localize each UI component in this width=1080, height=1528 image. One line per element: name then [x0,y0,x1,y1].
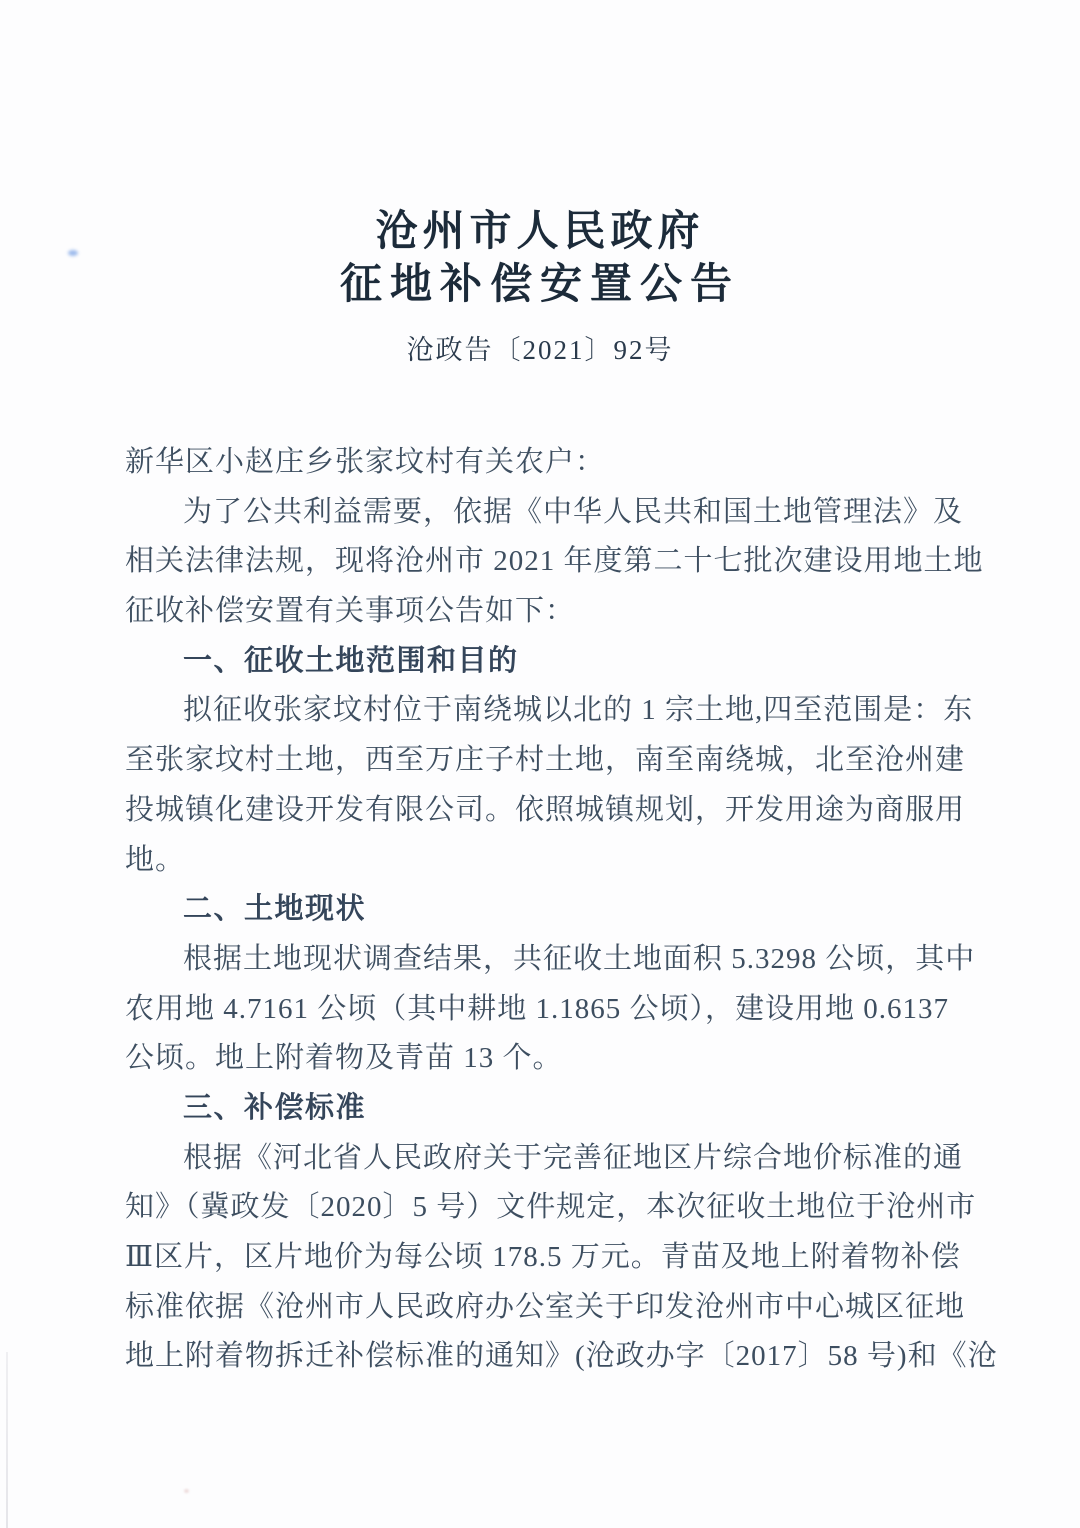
doc-text-line: 征收补偿安置有关事项公告如下： [125,587,957,637]
doc-text-line: 根据《河北省人民政府关于完善征地区片综合地价标准的通 [125,1134,957,1184]
doc-header: 沧州市人民政府 征地补偿安置公告 沧政告〔2021〕92号 [0,206,1080,367]
scan-edge-line-artifact [6,1352,8,1528]
doc-text-line: 为了公共利益需要，依据《中华人民共和国土地管理法》及 [125,488,957,538]
doc-text-line: 拟征收张家坟村位于南绕城以北的 1 宗土地,四至范围是：东 [125,686,957,736]
doc-text-line: 地。 [125,836,957,886]
document-page: 沧州市人民政府 征地补偿安置公告 沧政告〔2021〕92号 新华区小赵庄乡张家坟… [0,0,1080,1528]
doc-text-line: 公顷。地上附着物及青苗 13 个。 [125,1034,957,1084]
doc-text-line: 新华区小赵庄乡张家坟村有关农户： [125,438,957,488]
doc-body: 新华区小赵庄乡张家坟村有关农户：为了公共利益需要，依据《中华人民共和国土地管理法… [125,438,957,1382]
doc-title-line-2: 征地补偿安置公告 [0,259,1080,312]
doc-title-line-1: 沧州市人民政府 [0,206,1080,259]
doc-number: 沧政告〔2021〕92号 [0,328,1080,367]
scan-speck-artifact [184,1489,189,1493]
doc-text-line: 相关法律法规，现将沧州市 2021 年度第二十七批次建设用地土地 [125,537,957,587]
doc-text-line: 投城镇化建设开发有限公司。依照城镇规划，开发用途为商服用 [125,786,957,836]
doc-text-line: 农用地 4.7161 公顷（其中耕地 1.1865 公顷），建设用地 0.613… [125,985,957,1035]
doc-text-line: 知》（冀政发〔2020〕5 号）文件规定，本次征收土地位于沧州市 [125,1183,957,1233]
doc-text-line: 二、土地现状 [125,885,957,935]
doc-text-line: 一、征收土地范围和目的 [125,637,957,687]
doc-text-line: 根据土地现状调查结果，共征收土地面积 5.3298 公顷，其中 [125,935,957,985]
doc-text-line: 三、补偿标准 [125,1084,957,1134]
doc-text-line: Ⅲ区片，区片地价为每公顷 178.5 万元。青苗及地上附着物补偿 [125,1233,957,1283]
doc-text-line: 地上附着物拆迁补偿标准的通知》(沧政办字〔2017〕58 号)和《沧 [125,1332,957,1382]
doc-text-line: 至张家坟村土地，西至万庄子村土地，南至南绕城，北至沧州建 [125,736,957,786]
doc-text-line: 标准依据《沧州市人民政府办公室关于印发沧州市中心城区征地 [125,1283,957,1333]
